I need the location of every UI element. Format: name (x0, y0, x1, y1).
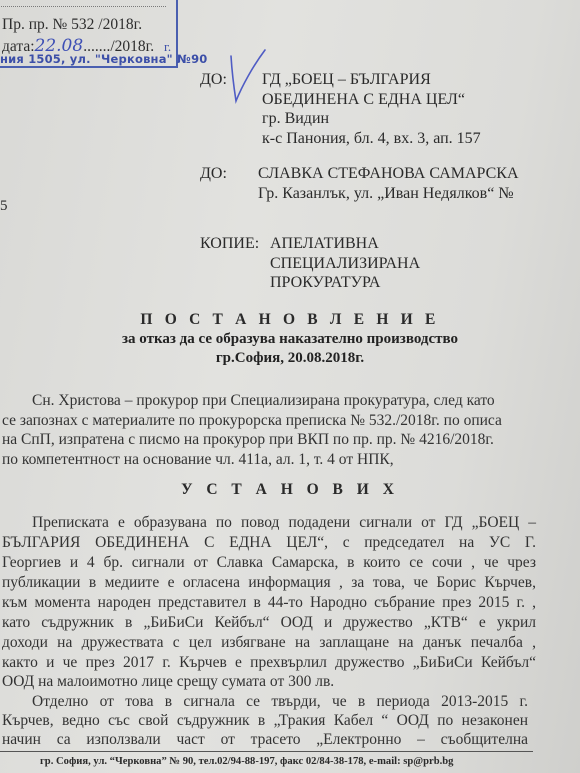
section-heading: У С Т А Н О В И Х (0, 481, 580, 499)
copy-label: КОПИЕ: (200, 234, 259, 254)
recipient-1-city: гр. Видин (262, 109, 481, 129)
body-1-line-2: БЪЛГАРИЯ ОБЕДИНЕНА С ЕДНА ЦЕЛ“, с предсе… (2, 534, 536, 552)
document-title: П О С Т А Н О В Л Е Н И Е (0, 311, 580, 329)
recipient-1-street: к-с Панония, бл. 4, вх. 3, ап. 157 (262, 129, 481, 149)
copy-line-3: ПРОКУРАТУРА (270, 273, 420, 293)
intro-line-4: по компетентност на основание чл. 411а, … (2, 451, 394, 469)
body-1-line-1: Преписката е образувана по повод подаден… (32, 514, 536, 532)
body-2-line-1: Отделно от това в сигнала се твърди, че … (32, 693, 528, 711)
stamp-dotted-line (0, 6, 166, 7)
recipient-2-address: СЛАВКА СТЕФАНОВА САМАРСКА Гр. Казанлък, … (258, 164, 519, 203)
body-1-line-8: както и че през 2017 г. Кърчев е прехвър… (2, 654, 536, 672)
intro-line-2: се запознах с материалите по прокурорска… (2, 412, 502, 430)
copy-line-2: СПЕЦИАЛИЗИРАНА (270, 254, 420, 274)
body-1-line-7: доходи на дружествата с цел избягване на… (2, 634, 536, 652)
copy-line-1: АПЕЛАТИВНА (270, 234, 420, 254)
body-1-line-3: Георгиев и 4 бр. сигнали от Славка Самар… (2, 554, 536, 572)
footer-divider (0, 751, 533, 752)
body-1-line-4: публикации в медиите е огласена информац… (2, 574, 536, 592)
body-1-line-9: ООД на малоимотно лице срещу сумата от 3… (2, 673, 334, 691)
recipient-1-name-line-1: ГД „БОЕЦ – БЪЛГАРИЯ (262, 70, 481, 90)
recipient-1-label: ДО: (200, 70, 227, 90)
recipient-2-name: СЛАВКА СТЕФАНОВА САМАРСКА (258, 164, 519, 184)
document-place-date: гр.София, 20.08.2018г. (0, 350, 580, 367)
stamp-registration-number: Пр. пр. № 532 /2018г. (2, 16, 142, 34)
recipient-1-name-line-2: ОБЕДИНЕНА С ЕДНА ЦЕЛ“ (262, 90, 481, 110)
copy-recipient: АПЕЛАТИВНА СПЕЦИАЛИЗИРАНА ПРОКУРАТУРА (270, 234, 420, 293)
recipient-1-address: ГД „БОЕЦ – БЪЛГАРИЯ ОБЕДИНЕНА С ЕДНА ЦЕЛ… (262, 70, 481, 148)
body-2-line-3: начин са използвали част от трасето „Еле… (2, 731, 528, 749)
intro-line-3: на СпП, изпратена с писмо на прокурор пр… (2, 431, 494, 449)
body-1-line-6: като съдружник в „БиБиСи Кейбъл“ ООД и д… (2, 614, 536, 632)
body-2-line-2: Кърчев, ведно със свой съдружник в „Трак… (2, 712, 528, 730)
margin-mark: 5 (0, 198, 8, 215)
stamp-address: ния 1505, ул. "Черковна" №90 (0, 52, 208, 66)
footer-contact: гр. София, ул. “Черковна” № 90, тел.02/9… (40, 756, 453, 767)
body-1-line-5: към момента народен представител в 44-то… (2, 594, 536, 612)
document-subtitle: за отказ да се образува наказателно прои… (0, 331, 580, 348)
recipient-2-label: ДО: (200, 164, 227, 184)
recipient-2-street: Гр. Казанлък, ул. „Иван Недялков“ № (258, 184, 519, 204)
intro-line-1: Сн. Христова – прокурор при Специализира… (32, 392, 495, 410)
